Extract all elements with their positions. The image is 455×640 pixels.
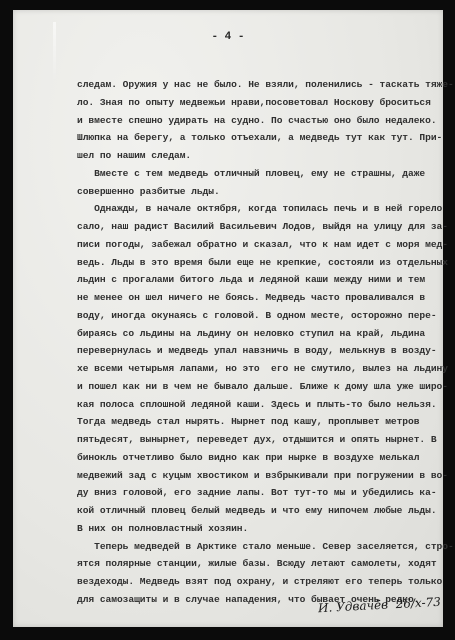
text-line: сало, наш радист Василий Васильевич Лодо…	[77, 218, 455, 236]
text-line: ло. Зная по опыту медвежьи нрави,посовет…	[77, 94, 455, 112]
text-line: Теперь медведей в Арктике стало меньше. …	[77, 538, 455, 556]
text-line: писи погоды, забежал обратно и сказал, ч…	[77, 236, 455, 254]
text-line: Вместе с тем медведь отличный пловец, ем…	[77, 165, 455, 183]
text-line: хе всеми четырьмя лапами, но это его не …	[77, 360, 455, 378]
text-line: шел по нашим следам.	[77, 147, 455, 165]
text-line: воду, иногда окунаясь с головой. В одном…	[77, 307, 455, 325]
text-line: вездеходы. Медведь взят под охрану, и ст…	[77, 573, 455, 591]
text-line: ятся полярные станции, жилые базы. Всюду…	[77, 555, 455, 573]
text-line: совершенно разбитые льды.	[77, 183, 455, 201]
text-line: не менее он шел ничего не боясь. Медведь…	[77, 289, 455, 307]
text-line: Шлюпка на берегу, а только отъехали, а м…	[77, 129, 455, 147]
text-line: кой отличный пловец белый медведь и что …	[77, 502, 455, 520]
text-line: Тогда медведь стал нырять. Нырнет под ка…	[77, 413, 455, 431]
document-page: - 4 - следам. Оружия у нас не было. Не в…	[13, 10, 443, 627]
text-line: бинокль отчетливо было видно как при ныр…	[77, 449, 455, 467]
text-line: ду вниз головой, его задние лапы. Вот ту…	[77, 484, 455, 502]
text-line: кая полоса сплошной ледяной каши. Здесь …	[77, 396, 455, 414]
text-line: и вместе спешно удирать на судно. По сча…	[77, 112, 455, 130]
text-line: пятьдесят, вынырнет, переведет дух, отды…	[77, 431, 455, 449]
text-line: и пошел как ни в чем не бывало дальше. Б…	[77, 378, 455, 396]
page-number: - 4 -	[13, 31, 443, 43]
text-line: бираясь со льдины на льдину он неловко с…	[77, 325, 455, 343]
typewritten-body: следам. Оружия у нас не было. Не взяли, …	[77, 76, 455, 609]
text-line: ведь. Льды в это время были еще не крепк…	[77, 254, 455, 272]
text-line: Однажды, в начале октября, когда топилас…	[77, 200, 455, 218]
text-line: льдин с прогалами битого льда и ледяной …	[77, 271, 455, 289]
text-line: В них он полновластный хозяин.	[77, 520, 455, 538]
text-line: перевернулась и медведь упал навзничь в …	[77, 342, 455, 360]
text-line: медвежий зад с куцым хвостиком и взбрыки…	[77, 467, 455, 485]
text-line: следам. Оружия у нас не было. Не взяли, …	[77, 76, 455, 94]
